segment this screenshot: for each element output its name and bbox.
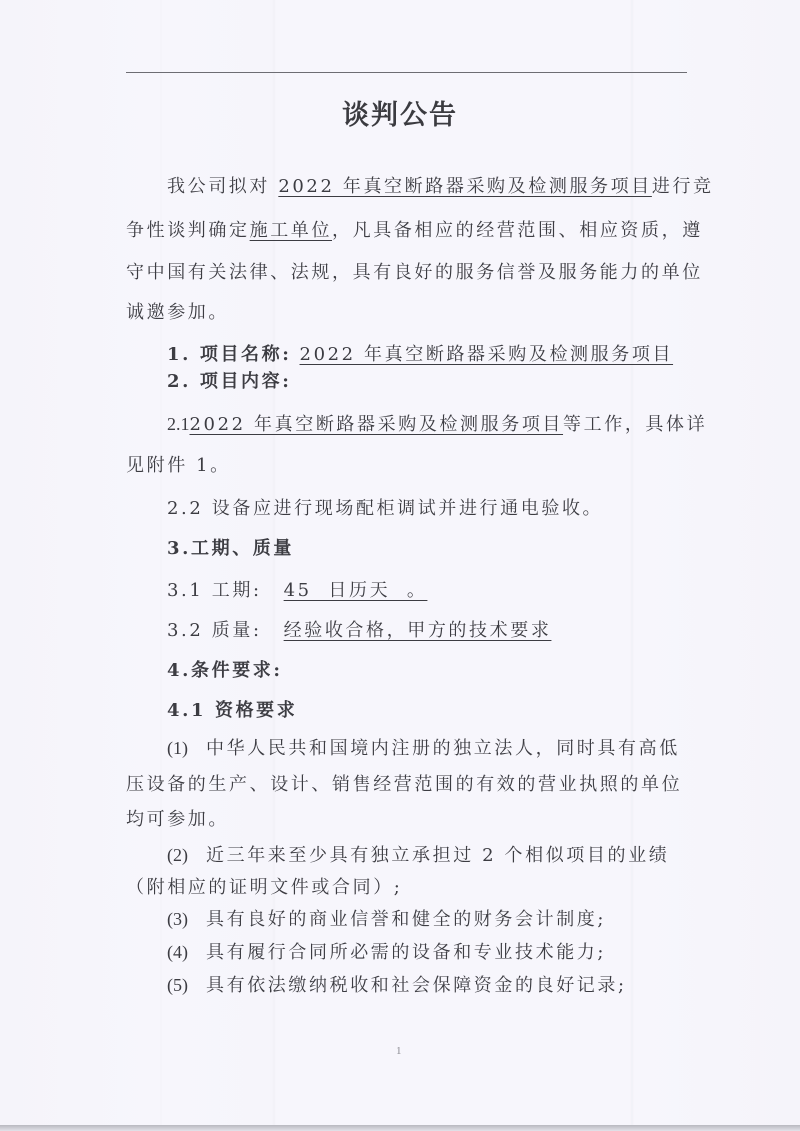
schedule-label: 3.1 工期: — [167, 580, 262, 601]
project-name-value: 2022 年真空断路器采购及检测服务项目 — [300, 344, 686, 365]
content-item-2-1: 2.12022 年真空断路器采购及检测服务项目等工作，具体详 — [167, 410, 707, 436]
intro-prefix: 我公司拟对 — [167, 176, 278, 197]
requirement-2-number: (2) — [167, 845, 188, 865]
schedule-value: 45 日历天 。 — [284, 580, 428, 601]
section-project-content-heading: 2. 项目内容: — [167, 367, 292, 393]
requirement-5-number: (5) — [167, 975, 188, 995]
content-item-2-1-project: 2022 年真空断路器采购及检测服务项目 — [190, 414, 564, 435]
project-name-label: 1. 项目名称: — [167, 344, 292, 365]
requirement-4-text: 具有履行合同所必需的设备和专业技术能力; — [206, 942, 606, 963]
content-item-2-2: 2.2 设备应进行现场配柜调试并进行通电验收。 — [167, 494, 603, 520]
intro-line2-prefix: 争性谈判确定 — [126, 220, 250, 241]
intro-line-3: 守中国有关法律、法规，具有良好的服务信誉及服务能力的单位 — [126, 258, 703, 284]
requirement-1-line-2: 压设备的生产、设计、销售经营范围的有效的营业执照的单位 — [126, 770, 682, 796]
intro-project-name: 2022 年真空断路器采购及检测服务项目 — [278, 176, 652, 197]
section-schedule-quality-heading: 3.工期、质量 — [167, 534, 294, 560]
quality-item: 3.2 质量:经验收合格，甲方的技术要求 — [167, 616, 551, 642]
section-project-name: 1. 项目名称:2022 年真空断路器采购及检测服务项目 — [167, 340, 685, 366]
content-item-2-1-number: 2.1 — [167, 414, 190, 434]
schedule-item: 3.1 工期:45 日历天 。 — [167, 576, 427, 602]
requirement-2-line-2: （附相应的证明文件或合同）; — [126, 873, 402, 899]
requirement-1-line-1: (1)中华人民共和国境内注册的独立法人，同时具有高低 — [167, 734, 680, 760]
intro-line-4: 诚邀参加。 — [126, 298, 229, 324]
document-title: 谈判公告 — [0, 93, 800, 132]
requirement-3: (3)具有良好的商业信誉和健全的财务会计制度; — [167, 905, 606, 931]
section-conditions-heading: 4.条件要求: — [167, 656, 283, 682]
intro-line-1: 我公司拟对 2022 年真空断路器采购及检测服务项目进行竞 — [167, 172, 714, 198]
requirement-5: (5)具有依法缴纳税收和社会保障资金的良好记录; — [167, 971, 627, 997]
requirement-4: (4)具有履行合同所必需的设备和专业技术能力; — [167, 938, 606, 964]
requirement-5-text: 具有依法缴纳税收和社会保障资金的良好记录; — [206, 975, 627, 996]
quality-label: 3.2 质量: — [167, 620, 262, 641]
requirement-4-number: (4) — [167, 942, 188, 962]
requirement-1-line-3: 均可参加。 — [126, 805, 229, 831]
header-rule — [126, 72, 687, 73]
intro-line-2: 争性谈判确定施工单位，凡具备相应的经营范围、相应资质，遵 — [126, 216, 703, 242]
requirement-1-text: 中华人民共和国境内注册的独立法人，同时具有高低 — [206, 738, 680, 759]
qualification-requirements-heading: 4.1 资格要求 — [167, 696, 297, 722]
intro-construction-unit: 施工单位 — [250, 220, 332, 241]
page-bottom-edge — [0, 1125, 800, 1131]
requirement-3-text: 具有良好的商业信誉和健全的财务会计制度; — [206, 909, 606, 930]
requirement-3-number: (3) — [167, 909, 188, 929]
requirement-2-text: 近三年来至少具有独立承担过 2 个相似项目的业绩 — [206, 845, 669, 866]
intro-suffix: 进行竞 — [652, 176, 714, 197]
requirement-1-number: (1) — [167, 738, 188, 758]
content-item-2-1-suffix: 等工作，具体详 — [563, 414, 707, 435]
requirement-2-line-1: (2)近三年来至少具有独立承担过 2 个相似项目的业绩 — [167, 841, 669, 867]
quality-value: 经验收合格，甲方的技术要求 — [284, 620, 552, 641]
page-number: 1 — [396, 1045, 402, 1057]
content-item-2-1-line-2: 见附件 1。 — [126, 451, 231, 477]
intro-line2-suffix: ，凡具备相应的经营范围、相应资质，遵 — [332, 220, 703, 241]
